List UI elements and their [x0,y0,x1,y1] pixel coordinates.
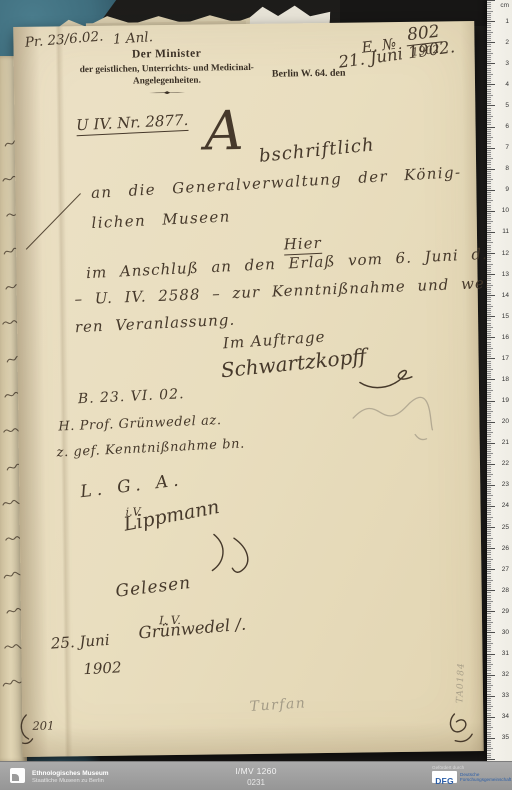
ruler-tick [487,361,491,362]
ruler-tick [487,242,493,243]
ruler-tick [487,443,495,444]
ruler-tick [487,434,491,435]
ruler-tick [487,268,491,269]
ruler-tick [487,373,491,374]
ruler-number: 27 [502,566,509,573]
ruler-tick [487,390,493,391]
ruler-tick [487,101,491,102]
ruler-tick [487,285,493,286]
ruler-tick [487,495,493,496]
ruler-tick [487,535,491,536]
ruler-tick [487,628,491,629]
funder-label: Gefördert durch [432,765,464,770]
ruler-tick [487,447,491,448]
ruler-tick [487,468,491,469]
ruler-tick [487,211,495,212]
ruler-tick [487,287,491,288]
ruler-number: 14 [502,292,509,299]
ruler-tick [487,483,491,484]
ruler-tick [487,323,491,324]
dfg-logo: DFG [432,771,457,783]
ruler-tick [487,331,491,332]
ruler-tick [487,335,491,336]
ruler-tick [487,578,491,579]
ruler-number: 19 [502,397,509,404]
ruler-tick [487,226,491,227]
ruler-tick [487,124,491,125]
ruler-tick [487,647,491,648]
archival-document-scan: Pr. 23/6.02. 1 Anl. Der Minister der gei… [0,0,512,790]
ruler-tick [487,388,491,389]
ruler-tick [487,540,491,541]
ruler-tick [487,137,493,138]
ruler-tick [487,377,491,378]
ruler-tick [487,622,493,623]
ruler-tick [487,146,491,147]
ruler-tick [487,759,495,760]
ruler-tick [487,186,491,187]
routing-line2: z. gef. Kenntnißnahme bn. [56,437,245,459]
address-line2: lichen Museen [91,209,231,231]
ruler-tick [487,23,491,24]
ruler-tick [487,352,491,353]
place-date-printed: Berlin W. 64. den [272,69,346,80]
ruler-tick [487,460,491,461]
ruler-tick [487,272,491,273]
ruler-tick [487,462,491,463]
ruler-tick [487,131,491,132]
ruler-tick [487,611,495,612]
ruler-tick [487,308,491,309]
ruler-tick [487,742,491,743]
ruler-tick [487,708,491,709]
ruler-tick [487,476,491,477]
ruler-tick [487,662,491,663]
ruler-number: 31 [502,650,509,657]
ruler-tick [487,200,493,201]
ruler-tick [487,318,491,319]
ruler-tick [487,316,495,317]
letterhead-line2: der geistlichen, Unterrichts- und Medici… [42,63,292,76]
ruler-tick [487,301,491,302]
ruler-tick [487,569,495,570]
ruler-tick [487,379,495,380]
ruler-tick [487,519,491,520]
ruler-tick [487,169,495,170]
ruler-tick [487,228,491,229]
ruler-number: 34 [502,713,509,720]
ruler-tick [487,13,491,14]
ruler-tick [487,105,495,106]
ruler-tick [487,245,491,246]
ruler-tick [487,179,493,180]
ruler-number: 5 [505,102,509,109]
ruler-tick [487,51,491,52]
ruler-tick [487,506,495,507]
institution-name: Ethnologisches Museum [32,770,109,777]
ruler-tick [487,135,491,136]
ruler-tick [487,632,495,633]
ruler-number: 15 [502,313,509,320]
ruler-tick [487,327,493,328]
paragraph-slash-mark [26,193,81,250]
ruler-tick [487,721,491,722]
ruler-tick [487,339,491,340]
ruler-tick [487,580,493,581]
ruler-tick [487,715,491,716]
ruler-tick [487,55,491,56]
ruler-tick [487,727,493,728]
ruler-tick [487,108,491,109]
ruler-tick [487,491,491,492]
ruler-tick [487,719,491,720]
ruler-tick [487,86,491,87]
ruler-number: 33 [502,692,509,699]
letterhead-line3: Angelegenheiten. [42,75,292,88]
letterhead-ornament [149,91,185,94]
ruler-tick [487,559,493,560]
ruler-tick [487,346,491,347]
ruler-tick [487,93,491,94]
ruler-tick [487,557,491,558]
ruler-tick [487,80,491,81]
ruler-tick [487,706,493,707]
ruler-number: 35 [502,734,509,741]
ruler-tick [487,299,491,300]
entry-number-label: E. № [361,35,398,57]
ruler-number: 29 [502,608,509,615]
ruler-number: 6 [505,123,509,130]
ruler-tick [487,103,491,104]
ruler-tick [487,563,491,564]
ruler-tick [487,183,491,184]
ruler-tick [487,529,491,530]
ruler-tick [487,34,491,35]
ruler-tick [487,181,491,182]
ruler-tick [487,710,491,711]
ruler-tick [487,148,495,149]
closing-phrase: Im Auftrage [223,330,326,352]
ruler-tick [487,232,495,233]
ruler-unit-label: cm [500,2,509,9]
ruler-tick [487,588,491,589]
ruler-tick [487,512,491,513]
ruler-tick [487,57,491,58]
ruler-number: 23 [502,481,509,488]
salutation-rest: bschriftlich [258,136,375,166]
ruler-tick [487,114,491,115]
ruler-tick [487,508,491,509]
ruler-tick [487,270,491,271]
ruler-tick [487,295,495,296]
ruler-tick [487,70,491,71]
ruler-tick [487,687,491,688]
ruler-tick [487,641,491,642]
ruler-tick [487,82,491,83]
ruler-tick [487,46,491,47]
registry-note: Pr. 23/6.02. [24,30,104,50]
ruler-tick [487,15,491,16]
ruler-tick [487,384,491,385]
ruler-tick [487,630,491,631]
ruler-tick [487,154,491,155]
ruler-tick [487,375,491,376]
ruler-tick [487,249,491,250]
ruler-tick [487,152,491,153]
ruler-tick [487,6,491,7]
ruler-number: 25 [502,524,509,531]
reference-block: I/MV 1260 0231 [235,766,276,787]
ruler-tick [487,215,491,216]
ruler-tick [487,371,491,372]
ruler-tick [487,238,491,239]
ruler-number: 24 [502,502,509,509]
ruler-tick [487,280,491,281]
ruler-tick [487,643,493,644]
ruler-tick [487,510,491,511]
ruler-number: 28 [502,587,509,594]
body-line3: ren Veranlassung. [75,313,236,336]
ruler-tick [487,755,491,756]
ruler-number: 17 [502,355,509,362]
ruler-tick [487,120,491,121]
ruler-tick [487,616,491,617]
ruler-tick [487,567,491,568]
ruler-tick [487,194,491,195]
ruler-tick [487,466,491,467]
read-note: Gelesen [115,575,192,601]
ruler-tick [487,576,491,577]
ruler-tick [487,670,491,671]
routing-line1: H. Prof. Grünwedel az. [58,414,222,433]
ruler-tick [487,658,491,659]
ruler-tick [487,221,493,222]
ruler-tick [487,620,491,621]
ruler-tick [487,675,495,676]
ruler-tick [487,415,491,416]
ruler-tick [487,405,491,406]
ruler-tick [487,504,491,505]
ruler-tick [487,656,491,657]
ruler-number: 7 [505,144,509,151]
ruler-tick [487,432,493,433]
ruler-tick [487,417,491,418]
ruler-tick [487,734,491,735]
dfg-abbr: DFG [435,776,454,786]
ruler-tick [487,261,491,262]
ruler-tick [487,481,491,482]
ruler-tick [487,150,491,151]
ruler-tick [487,190,495,191]
ruler-tick [487,664,493,665]
ruler-tick [487,649,491,650]
ruler-tick [487,84,495,85]
ruler-tick [487,544,491,545]
ruler-tick [487,89,491,90]
ruler-tick [487,603,491,604]
ruler-tick [487,470,491,471]
ruler-tick [487,297,491,298]
viewer-footer: Ethnologisches Museum Staatliche Museen … [0,761,512,790]
ruler-tick [487,36,491,37]
ruler-tick [487,173,491,174]
read-year: 1902 [83,660,122,677]
ruler-tick [487,609,491,610]
ruler-tick [487,702,491,703]
ruler-tick [487,455,491,456]
ruler-tick [487,162,491,163]
ruler-tick [487,127,495,128]
ruler-tick [487,44,491,45]
ruler-tick [487,546,491,547]
ruler-tick [487,386,491,387]
ruler-tick [487,175,491,176]
ruler-tick [487,723,491,724]
ruler-tick [487,91,491,92]
ruler-tick [487,704,491,705]
funder-name-line2: Forschungsgemeinschaft [460,777,511,782]
page-code: 0231 [235,778,276,787]
ruler-tick [487,401,495,402]
ruler-tick [487,278,491,279]
ruler-tick [487,489,491,490]
letterhead-line1: Der Minister [42,47,292,62]
ruler-tick [487,725,491,726]
ruler-tick [487,618,491,619]
ruler-tick [487,95,493,96]
ruler-tick [487,196,491,197]
ruler-tick [487,129,491,130]
ruler-tick [487,74,493,75]
ruler-tick [487,445,491,446]
ruler-tick [487,498,491,499]
ruler-tick [487,283,491,284]
ruler-tick [487,230,491,231]
salutation-initial: A [204,104,244,159]
ruler-tick [487,502,491,503]
ruler-tick [487,525,491,526]
ruler-tick [487,365,491,366]
ruler-tick [487,586,491,587]
ruler-tick [487,122,491,123]
ruler-tick [487,413,491,414]
ruler-number: 30 [502,629,509,636]
ruler-tick [487,240,491,241]
ruler-tick [487,691,491,692]
ruler-tick [487,293,491,294]
ruler-tick [487,422,495,423]
ruler-tick [487,11,493,12]
ruler-tick [487,354,491,355]
museum-logo [10,768,25,783]
ruler-tick [487,289,491,290]
ruler-tick [487,116,493,117]
ruler-tick [487,732,491,733]
ruler-tick [487,426,491,427]
ruler-number: 21 [502,439,509,446]
ruler-tick [487,740,491,741]
ruler-tick [487,259,491,260]
ruler-tick [487,274,495,275]
ruler-tick [487,493,491,494]
ruler-tick [487,582,491,583]
ruler-tick [487,342,491,343]
ruler-tick [487,673,491,674]
ruler-tick [487,527,495,528]
ruler-tick [487,698,491,699]
institution-subtitle: Staatliche Museen zu Berlin [32,778,104,784]
ruler-tick [487,738,495,739]
ruler-tick [487,325,491,326]
ruler-tick [487,30,491,31]
ruler-tick [487,681,491,682]
ruler-tick [487,59,491,60]
ruler-tick [487,430,491,431]
ruler-tick [487,209,491,210]
ruler-tick [487,257,491,258]
ruler-tick [487,19,491,20]
ruler-tick [487,403,491,404]
ruler-tick [487,177,491,178]
ruler-tick [487,453,493,454]
ruler-tick [487,251,491,252]
ruler-tick [487,750,491,751]
handwriting-fragment [2,677,23,689]
ruler-tick [487,485,495,486]
ruler-number: 1 [505,18,509,25]
ruler-tick [487,436,491,437]
clerk-signature-flourish [210,532,255,573]
ruler-number: 3 [505,60,509,67]
entry-number-fraction: 802 1902 [404,23,444,58]
ruler-tick [487,637,491,638]
ruler-tick [487,167,491,168]
ruler-tick [487,164,491,165]
ruler-tick [487,668,491,669]
ruler-tick [487,464,495,465]
ruler-tick [487,538,493,539]
ruler-tick [487,584,491,585]
pencil-subject: Turfan [249,696,306,714]
ruler-tick [487,198,491,199]
ruler-tick [487,645,491,646]
ruler-tick [487,72,491,73]
ruler-number: 11 [502,228,509,235]
file-number: U IV. Nr. 2877. [76,113,189,136]
ruler-tick [487,407,491,408]
ruler-tick [487,63,495,64]
ruler-tick [487,420,491,421]
ruler-tick [487,266,491,267]
ruler-number: 9 [505,186,509,193]
ruler-tick [487,599,491,600]
ruler-tick [487,542,491,543]
ruler-tick [487,76,491,77]
ruler-tick [487,607,491,608]
ruler-tick [487,202,491,203]
ruler-tick [487,651,491,652]
ruler-tick [487,694,491,695]
ruler-number: 8 [505,165,509,172]
ruler-tick [487,139,491,140]
ruler-tick [487,2,491,3]
ruler-tick [487,666,491,667]
ruler-tick [487,358,495,359]
ruler-tick [487,312,491,313]
ruler-tick [487,65,491,66]
ruler-tick [487,561,491,562]
ruler-tick [487,729,491,730]
